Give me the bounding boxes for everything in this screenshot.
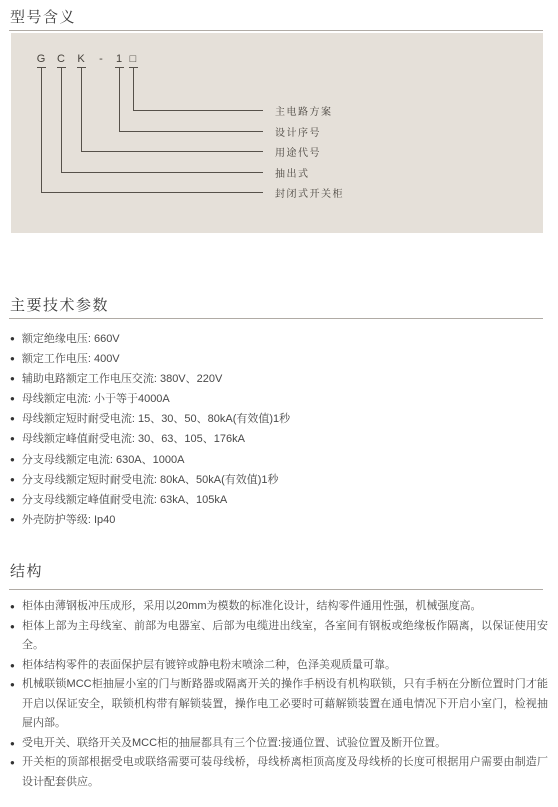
diagram-label-use-code: 用途代号 — [275, 144, 321, 159]
parameter-item: ●外壳防护等级: Ip40 — [10, 510, 548, 530]
parameter-item: ●母线额定电流: 小于等于4000A — [10, 389, 548, 409]
model-char-1: 1 — [112, 53, 126, 65]
structure-item: ●机械联锁MCC柜抽屉小室的门与断路器或隔离开关的操作手柄设有机构联锁，只有手柄… — [10, 675, 548, 734]
parameter-text: 辅助电路额定工作电压交流: 380V、220V — [22, 373, 223, 385]
heading-rule — [9, 589, 543, 590]
model-char-dash: - — [94, 53, 108, 65]
parameter-item: ●母线额定峰值耐受电流: 30、63、105、176kA — [10, 429, 548, 449]
bullet-icon: ● — [10, 515, 15, 524]
bullet-icon: ● — [10, 434, 15, 443]
parameter-item: ●分支母线额定短时耐受电流: 80kA、50kA(有效值)1秒 — [10, 470, 548, 490]
structure-text: 柜体由薄钢板冲压成形，采用以20mm为模数的标准化设计，结构零件通用性强，机械强… — [22, 600, 482, 612]
parameter-item: ●母线额定短时耐受电流: 15、30、50、80kA(有效值)1秒 — [10, 409, 548, 429]
diagram-label-drawout-type: 抽出式 — [275, 165, 310, 180]
section-heading-technical-parameters: 主要技术参数 — [10, 294, 109, 315]
parameter-text: 额定工作电压: 400V — [22, 353, 120, 365]
bullet-icon: ● — [10, 455, 15, 464]
bullet-icon: ● — [10, 597, 15, 617]
parameter-text: 母线额定短时耐受电流: 15、30、50、80kA(有效值)1秒 — [22, 413, 290, 425]
parameter-item: ●额定工作电压: 400V — [10, 349, 548, 369]
parameter-item: ●分支母线额定峰值耐受电流: 63kA、105kA — [10, 490, 548, 510]
catalog-page: { "sections": { "model": { "heading": "型… — [0, 0, 558, 807]
diagram-label-enclosed-switchgear: 封闭式开关柜 — [275, 185, 344, 200]
structure-item: ●受电开关、联络开关及MCC柜的抽屉都具有三个位置:接通位置、试验位置及断开位置… — [10, 734, 548, 754]
bullet-icon: ● — [10, 334, 15, 343]
structure-text: 柜体结构零件的表面保护层有镀锌或静电粉末喷涂二种，色泽美观质量可靠。 — [22, 659, 396, 671]
bullet-icon: ● — [10, 354, 15, 363]
bullet-icon: ● — [10, 675, 15, 695]
parameter-item: ●分支母线额定电流: 630A、1000A — [10, 450, 548, 470]
bullet-icon: ● — [10, 656, 15, 676]
bullet-icon: ● — [10, 753, 15, 773]
bullet-icon: ● — [10, 475, 15, 484]
model-char-c: C — [54, 53, 68, 65]
parameter-item: ●辅助电路额定工作电压交流: 380V、220V — [10, 369, 548, 389]
parameter-item: ●额定绝缘电压: 660V — [10, 329, 548, 349]
parameter-text: 母线额定峰值耐受电流: 30、63、105、176kA — [22, 433, 245, 445]
parameter-text: 分支母线额定峰值耐受电流: 63kA、105kA — [22, 494, 227, 506]
structure-item: ●开关柜的顶部根据受电或联络需要可装母线桥，母线桥离柜顶高度及母线桥的长度可根据… — [10, 753, 548, 792]
parameter-text: 额定绝缘电压: 660V — [22, 333, 120, 345]
parameter-text: 母线额定电流: 小于等于4000A — [22, 393, 170, 405]
structure-text: 柜体上部为主母线室、前部为电器室、后部为电缆进出线室，各室间有钢板或绝缘板作隔离… — [22, 620, 548, 652]
bullet-icon: ● — [10, 495, 15, 504]
bullet-icon: ● — [10, 374, 15, 383]
technical-parameters-list: ●额定绝缘电压: 660V●额定工作电压: 400V●辅助电路额定工作电压交流:… — [10, 329, 548, 530]
structure-item: ●柜体由薄钢板冲压成形，采用以20mm为模数的标准化设计，结构零件通用性强，机械… — [10, 597, 548, 617]
structure-text: 受电开关、联络开关及MCC柜的抽屉都具有三个位置:接通位置、试验位置及断开位置。 — [22, 737, 446, 749]
structure-item: ●柜体上部为主母线室、前部为电器室、后部为电缆进出线室，各室间有钢板或绝缘板作隔… — [10, 617, 548, 656]
diagram-label-design-serial: 设计序号 — [275, 124, 321, 139]
diagram-label-main-circuit: 主电路方案 — [275, 103, 333, 118]
section-heading-model-meaning: 型号含义 — [10, 6, 76, 27]
parameter-text: 分支母线额定电流: 630A、1000A — [22, 454, 185, 466]
structure-item: ●柜体结构零件的表面保护层有镀锌或静电粉末喷涂二种，色泽美观质量可靠。 — [10, 656, 548, 676]
parameter-text: 外壳防护等级: Ip40 — [22, 514, 116, 526]
model-char-g: G — [34, 53, 48, 65]
section-heading-structure: 结构 — [10, 560, 43, 581]
structure-text: 机械联锁MCC柜抽屉小室的门与断路器或隔离开关的操作手柄设有机构联锁，只有手柄在… — [22, 678, 548, 729]
leader-line-g — [41, 68, 263, 193]
bullet-icon: ● — [10, 617, 15, 637]
model-char-square: □ — [126, 53, 140, 65]
structure-text: 开关柜的顶部根据受电或联络需要可装母线桥，母线桥离柜顶高度及母线桥的长度可根据用… — [22, 756, 548, 788]
heading-rule — [9, 30, 543, 31]
model-designation-panel: G C K - 1 □ 主电路方案 设计序号 用途代号 抽出式 封闭式开关柜 — [11, 33, 543, 233]
model-char-k: K — [74, 53, 88, 65]
bullet-icon: ● — [10, 414, 15, 423]
parameter-text: 分支母线额定短时耐受电流: 80kA、50kA(有效值)1秒 — [22, 474, 279, 486]
bullet-icon: ● — [10, 734, 15, 754]
bullet-icon: ● — [10, 394, 15, 403]
structure-list: ●柜体由薄钢板冲压成形，采用以20mm为模数的标准化设计，结构零件通用性强，机械… — [10, 597, 548, 792]
heading-rule — [9, 318, 543, 319]
